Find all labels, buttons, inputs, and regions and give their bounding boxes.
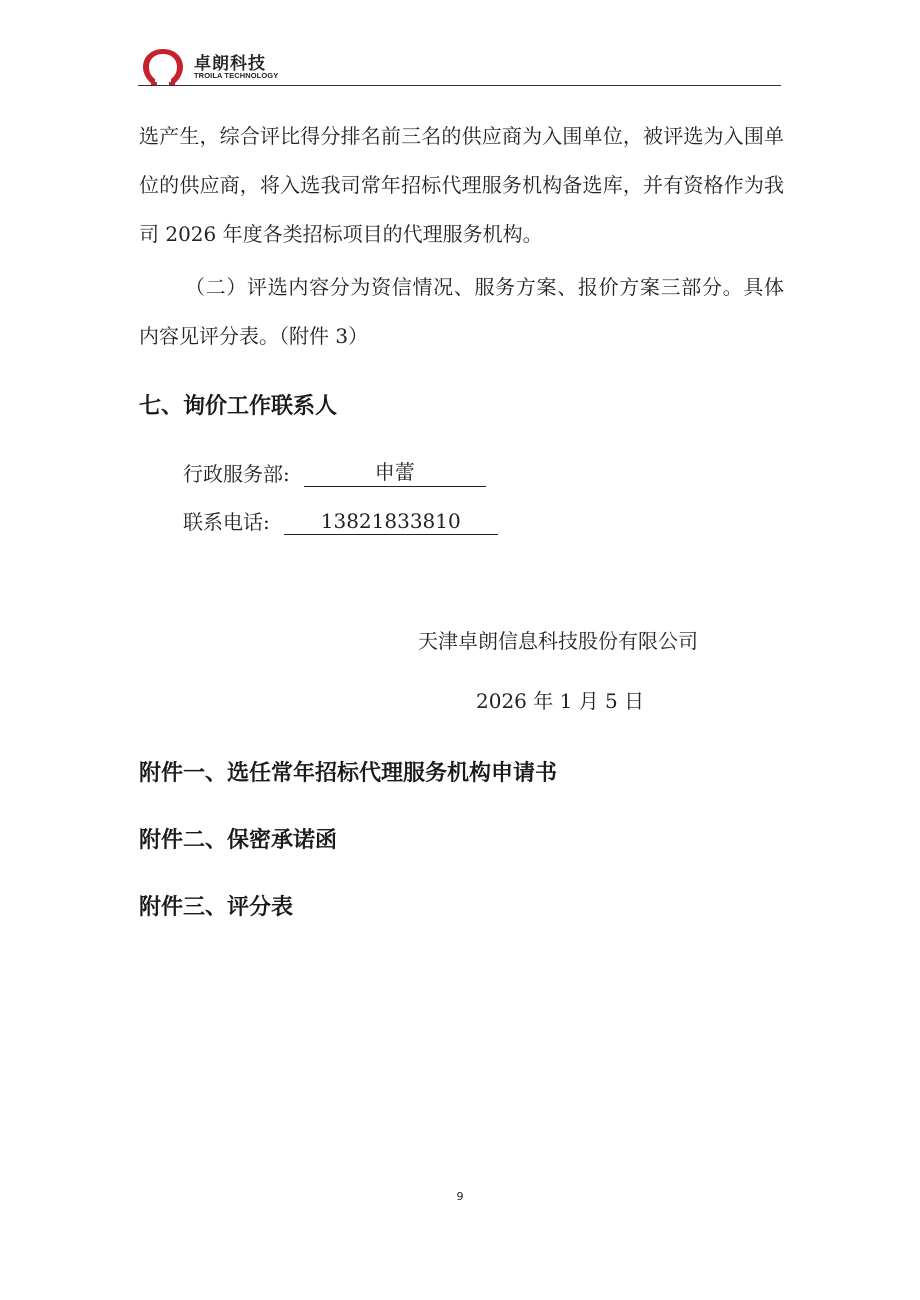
contact-department-field: 行政服务部: 申蕾 xyxy=(183,456,486,487)
section-heading-contacts: 七、询价工作联系人 xyxy=(139,389,337,420)
paragraph-selection-result: 选产生，综合评比得分排名前三名的供应商为入围单位，被评选为入围单位的供应商，将入… xyxy=(139,112,784,259)
contact-phone-label: 联系电话: xyxy=(183,506,270,535)
attachment-2-title: 附件二、保密承诺函 xyxy=(139,823,337,854)
signing-company: 天津卓朗信息科技股份有限公司 xyxy=(418,625,698,654)
contact-phone-field: 联系电话: 13821833810 xyxy=(183,506,498,535)
troila-logo-icon xyxy=(141,47,185,87)
page-header: 卓朗科技 TROILA TECHNOLOGY xyxy=(138,44,781,86)
attachment-1-title: 附件一、选任常年招标代理服务机构申请书 xyxy=(139,756,557,787)
contact-department-label: 行政服务部: xyxy=(183,458,290,487)
logo-english-name: TROILA TECHNOLOGY xyxy=(194,71,278,80)
signing-date: 2026 年 1 月 5 日 xyxy=(476,685,644,714)
header-divider xyxy=(138,85,781,86)
paragraph-evaluation-content: （二）评选内容分为资信情况、服务方案、报价方案三部分。具体内容见评分表。（附件 … xyxy=(139,263,784,361)
contact-phone-value: 13821833810 xyxy=(284,509,498,535)
contact-department-value: 申蕾 xyxy=(304,456,486,487)
page-number: 9 xyxy=(0,1190,920,1203)
attachment-3-title: 附件三、评分表 xyxy=(139,890,293,921)
